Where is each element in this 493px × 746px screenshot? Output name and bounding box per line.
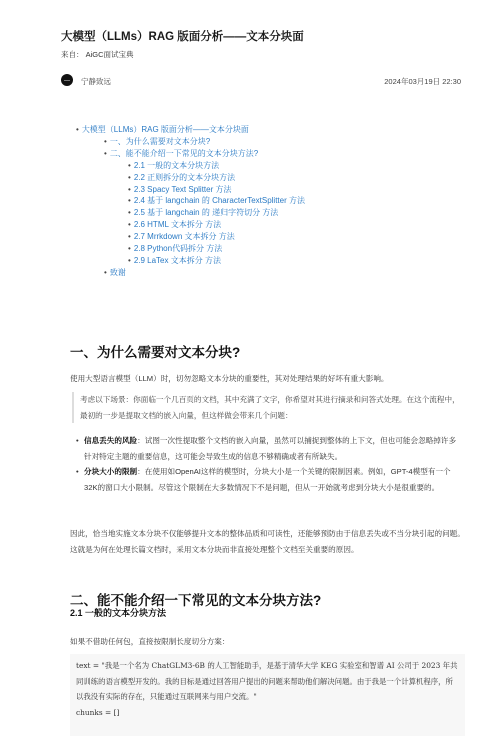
- toc-item[interactable]: 2.5 基于 langchain 的 递归字符切分 方法: [76, 207, 305, 219]
- code-line: text = "我是一个名为 ChatGLM3-6B 的人工智能助手，是基于清华…: [76, 658, 459, 705]
- bullet-text: ：在使用如OpenAI这样的模型时，分块大小是一个关键的限制因素。例如，GPT-…: [84, 467, 451, 492]
- toc-item[interactable]: 2.9 LaTex 文本拆分 方法: [76, 255, 305, 267]
- toc-item[interactable]: 2.2 正则拆分的文本分块方法: [76, 172, 305, 184]
- list-item: 分块大小的限制：在使用如OpenAI这样的模型时，分块大小是一个关键的限制因素。…: [76, 464, 461, 495]
- toc-item[interactable]: 2.1 一般的文本分块方法: [76, 160, 305, 172]
- section1-intro: 使用大型语言模型（LLM）时，切勿忽略文本分块的重要性，其对处理结果的好坏有重大…: [70, 371, 465, 387]
- code-line: chunks = []: [76, 705, 459, 721]
- bullet-bold: 信息丢失的风险: [84, 436, 137, 445]
- toc-item[interactable]: 大模型（LLMs）RAG 版面分析——文本分块面: [76, 124, 305, 136]
- author-name[interactable]: 宁静致远: [81, 76, 111, 87]
- article-source: 来自： AiGC面试宝典: [61, 49, 134, 60]
- blockquote: 考虑以下场景：你面临一个几百页的文档，其中充满了文字，你希望对其进行摘录和问答式…: [72, 392, 462, 423]
- code-block: text = "我是一个名为 ChatGLM3-6B 的人工智能助手，是基于清华…: [70, 654, 465, 736]
- avatar[interactable]: [61, 74, 73, 86]
- section1-conclusion: 因此，恰当地实施文本分块不仅能够提升文本的整体品质和可读性，还能够预防由于信息丢…: [70, 526, 465, 557]
- toc-item[interactable]: 2.6 HTML 文本拆分 方法: [76, 219, 305, 231]
- section1-heading: 一、为什么需要对文本分块?: [70, 341, 240, 361]
- publish-date: 2024年03月19日 22:30: [384, 76, 461, 87]
- article-title: 大模型（LLMs）RAG 版面分析——文本分块面: [61, 28, 304, 44]
- table-of-contents: 大模型（LLMs）RAG 版面分析——文本分块面 一、为什么需要对文本分块? 二…: [76, 124, 305, 279]
- toc-item[interactable]: 一、为什么需要对文本分块?: [76, 136, 305, 148]
- bullet-text: ：试图一次性提取整个文档的嵌入向量，虽然可以捕捉到整体的上下文，但也可能会忽略掉…: [84, 436, 456, 461]
- toc-item[interactable]: 2.8 Python代码拆分 方法: [76, 243, 305, 255]
- toc-item[interactable]: 致谢: [76, 267, 305, 279]
- toc-item[interactable]: 2.4 基于 langchain 的 CharacterTextSplitter…: [76, 195, 305, 207]
- toc-item[interactable]: 2.7 Mrrkdown 文本拆分 方法: [76, 231, 305, 243]
- toc-item[interactable]: 2.3 Spacy Text Splitter 方法: [76, 184, 305, 196]
- bullet-list: 信息丢失的风险：试图一次性提取整个文档的嵌入向量，虽然可以捕捉到整体的上下文，但…: [76, 433, 461, 495]
- section2-intro: 如果不借助任何包，直接按限制长度切分方案：: [70, 634, 465, 650]
- list-item: 信息丢失的风险：试图一次性提取整个文档的嵌入向量，虽然可以捕捉到整体的上下文，但…: [76, 433, 461, 464]
- toc-item[interactable]: 二、能不能介绍一下常见的文本分块方法?: [76, 148, 305, 160]
- subsection-heading: 2.1 一般的文本分块方法: [70, 606, 166, 619]
- bullet-bold: 分块大小的限制: [84, 467, 137, 476]
- author-row: 宁静致远 2024年03月19日 22:30: [61, 74, 461, 88]
